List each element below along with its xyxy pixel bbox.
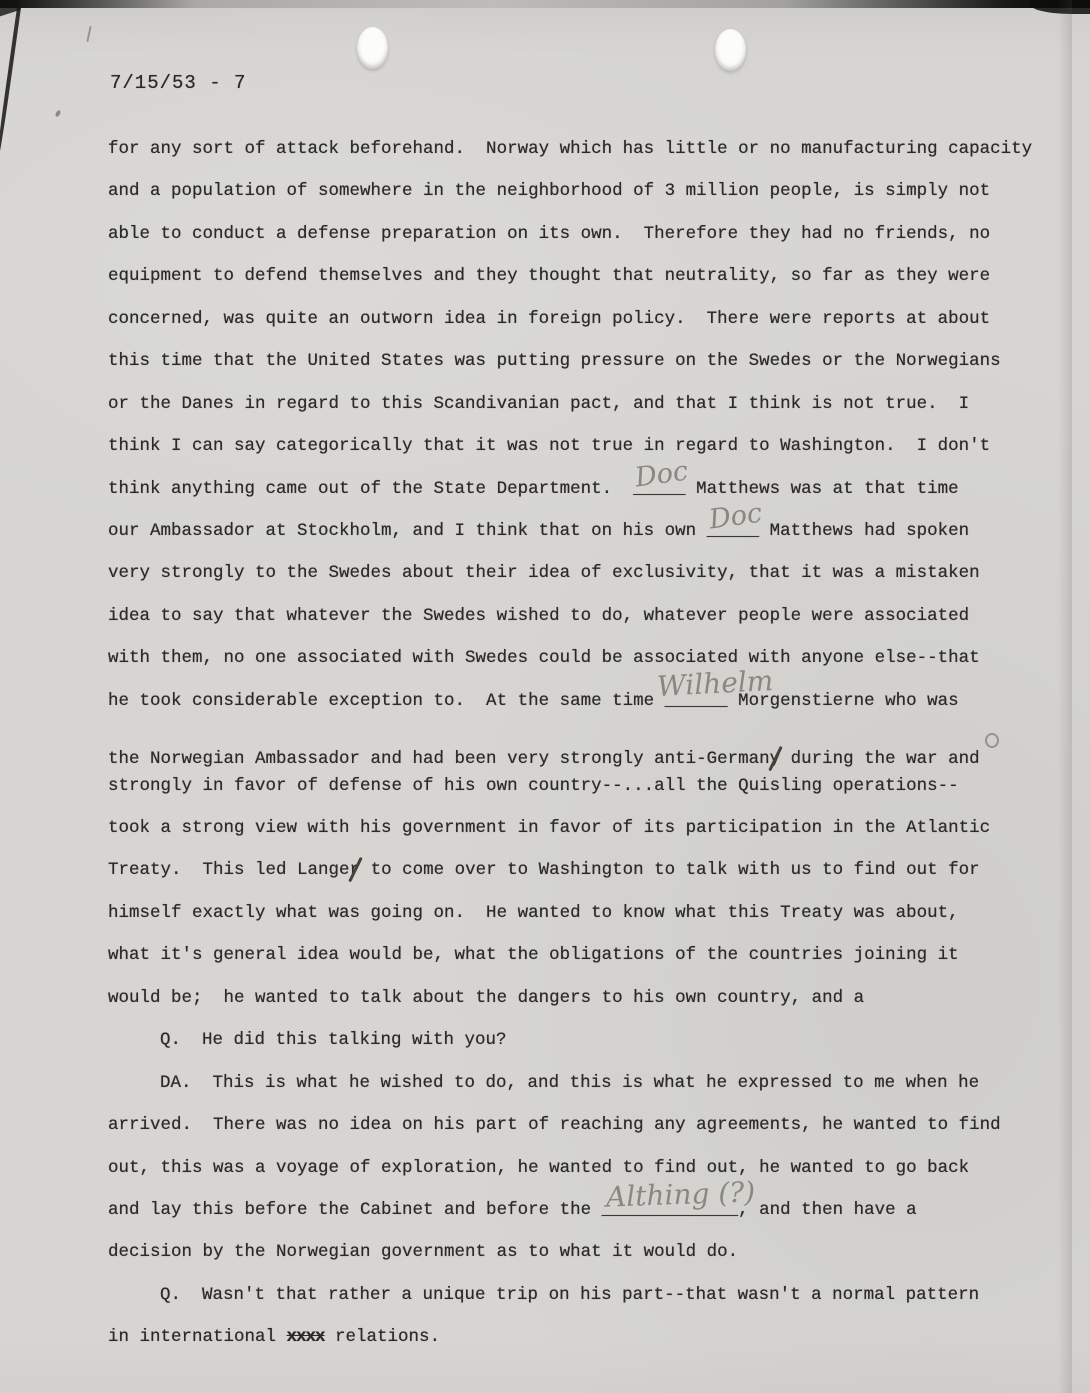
typed-text: during the war and	[780, 749, 980, 769]
typed-text: DA. This is what he wished to do, and th…	[160, 1073, 979, 1093]
handwritten-annotation: Wilhelm	[656, 667, 774, 701]
struck-character: r	[350, 860, 361, 880]
text-line: this time that the United States was put…	[108, 351, 1060, 393]
typed-text: Q. Wasn't that rather a unique trip on h…	[160, 1285, 979, 1305]
text-line: the Norwegian Ambassador and had been ve…	[108, 733, 1060, 775]
punch-hole	[357, 27, 388, 69]
corner-fold-artifact	[0, 7, 21, 166]
text-line: arrived. There was no idea on his part o…	[108, 1115, 1060, 1157]
text-line: able to conduct a defense preparation on…	[108, 224, 1060, 266]
typed-text: arrived. There was no idea on his part o…	[108, 1115, 1001, 1135]
typewritten-body: for any sort of attack beforehand. Norwa…	[108, 139, 1060, 1370]
text-line: out, this was a voyage of exploration, h…	[108, 1158, 1060, 1200]
typed-text: idea to say that whatever the Swedes wis…	[108, 606, 969, 626]
typed-text: or the Danes in regard to this Scandivan…	[108, 394, 969, 414]
text-line: and lay this before the Cabinet and befo…	[108, 1200, 1060, 1242]
pencil-slash	[348, 857, 362, 882]
pencil-circle-mark	[985, 733, 999, 748]
typed-text: and lay this before the Cabinet and befo…	[108, 1200, 602, 1220]
typed-text: he took considerable exception to. At th…	[108, 691, 665, 711]
text-line: DA. This is what he wished to do, and th…	[108, 1073, 1060, 1115]
typed-text: equipment to defend themselves and they …	[108, 266, 990, 286]
typed-text: would be; he wanted to talk about the da…	[108, 988, 864, 1008]
text-line: decision by the Norwegian government as …	[108, 1242, 1060, 1284]
text-line: or the Danes in regard to this Scandivan…	[108, 394, 1060, 436]
text-line: our Ambassador at Stockholm, and I think…	[108, 521, 1060, 563]
text-line: very strongly to the Swedes about their …	[108, 563, 1060, 605]
typed-text: took a strong view with his government i…	[108, 818, 990, 838]
handwritten-annotation: Doc	[707, 499, 763, 533]
document-page: 7/15/53 - 7 for any sort of attack befor…	[0, 0, 1090, 1393]
typed-text: for any sort of attack beforehand. Norwa…	[108, 139, 1032, 159]
typed-text: himself exactly what was going on. He wa…	[108, 903, 959, 923]
handwritten-annotation: Doc	[633, 457, 689, 491]
typed-text: the Norwegian Ambassador and had been ve…	[108, 749, 770, 769]
text-line: himself exactly what was going on. He wa…	[108, 903, 1060, 945]
text-line: in international xxxx relations.	[108, 1327, 1060, 1369]
page-edge-shadow	[1058, 0, 1072, 1393]
typed-text: with them, no one associated with Swedes…	[108, 648, 980, 668]
typed-strikeout: xxxx	[287, 1327, 325, 1347]
typed-text: concerned, was quite an outworn idea in …	[108, 309, 990, 329]
typed-text: decision by the Norwegian government as …	[108, 1242, 738, 1262]
text-line: strongly in favor of defense of his own …	[108, 776, 1060, 818]
pencil-mark	[55, 109, 62, 117]
text-line: what it's general idea would be, what th…	[108, 945, 1060, 987]
text-line: equipment to defend themselves and they …	[108, 266, 1060, 308]
fill-in-blank: _____Doc	[633, 479, 686, 499]
pencil-slash	[768, 746, 782, 771]
typed-text: think anything came out of the State Dep…	[108, 479, 633, 499]
pencil-mark	[86, 26, 91, 42]
punch-hole	[715, 29, 746, 71]
text-line: think I can say categorically that it wa…	[108, 436, 1060, 478]
typed-text: strongly in favor of defense of his own …	[108, 776, 959, 796]
text-line: for any sort of attack beforehand. Norwa…	[108, 139, 1060, 181]
typed-text: out, this was a voyage of exploration, h…	[108, 1158, 969, 1178]
struck-character: y	[770, 749, 781, 769]
text-line: concerned, was quite an outworn idea in …	[108, 309, 1060, 351]
typed-text: think I can say categorically that it wa…	[108, 436, 990, 456]
text-line: and a population of somewhere in the nei…	[108, 181, 1060, 223]
page-date-header: 7/15/53 - 7	[110, 72, 246, 94]
text-line: think anything came out of the State Dep…	[108, 479, 1060, 521]
fill-in-blank: ______Wilhelm	[665, 691, 728, 711]
typed-text: and a population of somewhere in the nei…	[108, 181, 990, 201]
typed-text: relations.	[325, 1327, 441, 1347]
typed-text: very strongly to the Swedes about their …	[108, 563, 980, 583]
typed-text: Treaty. This led Lange	[108, 860, 350, 880]
text-line: Q. Wasn't that rather a unique trip on h…	[108, 1285, 1060, 1327]
typed-text: our Ambassador at Stockholm, and I think…	[108, 521, 707, 541]
typed-text: Q. He did this talking with you?	[160, 1030, 507, 1050]
fill-in-blank: _____Doc	[707, 521, 760, 541]
typed-text: in international	[108, 1327, 287, 1347]
text-line: would be; he wanted to talk about the da…	[108, 988, 1060, 1030]
typed-text: Matthews had spoken	[759, 521, 969, 541]
text-line: Q. He did this talking with you?	[108, 1030, 1060, 1072]
text-line: he took considerable exception to. At th…	[108, 691, 1060, 733]
typed-text: this time that the United States was put…	[108, 351, 1001, 371]
fill-in-blank: _____________Althing (?)	[602, 1200, 739, 1220]
text-line: took a strong view with his government i…	[108, 818, 1060, 860]
typed-text: Matthews was at that time	[686, 479, 959, 499]
scan-edge-artifact	[0, 0, 1090, 8]
typed-text: able to conduct a defense preparation on…	[108, 224, 990, 244]
typed-text: , and then have a	[738, 1200, 917, 1220]
text-line: with them, no one associated with Swedes…	[108, 648, 1060, 690]
typed-text: what it's general idea would be, what th…	[108, 945, 959, 965]
typed-text: to come over to Washington to talk with …	[360, 860, 980, 880]
text-line: idea to say that whatever the Swedes wis…	[108, 606, 1060, 648]
handwritten-annotation: Althing (?)	[605, 1178, 755, 1211]
text-line: Treaty. This led Langer to come over to …	[108, 860, 1060, 902]
